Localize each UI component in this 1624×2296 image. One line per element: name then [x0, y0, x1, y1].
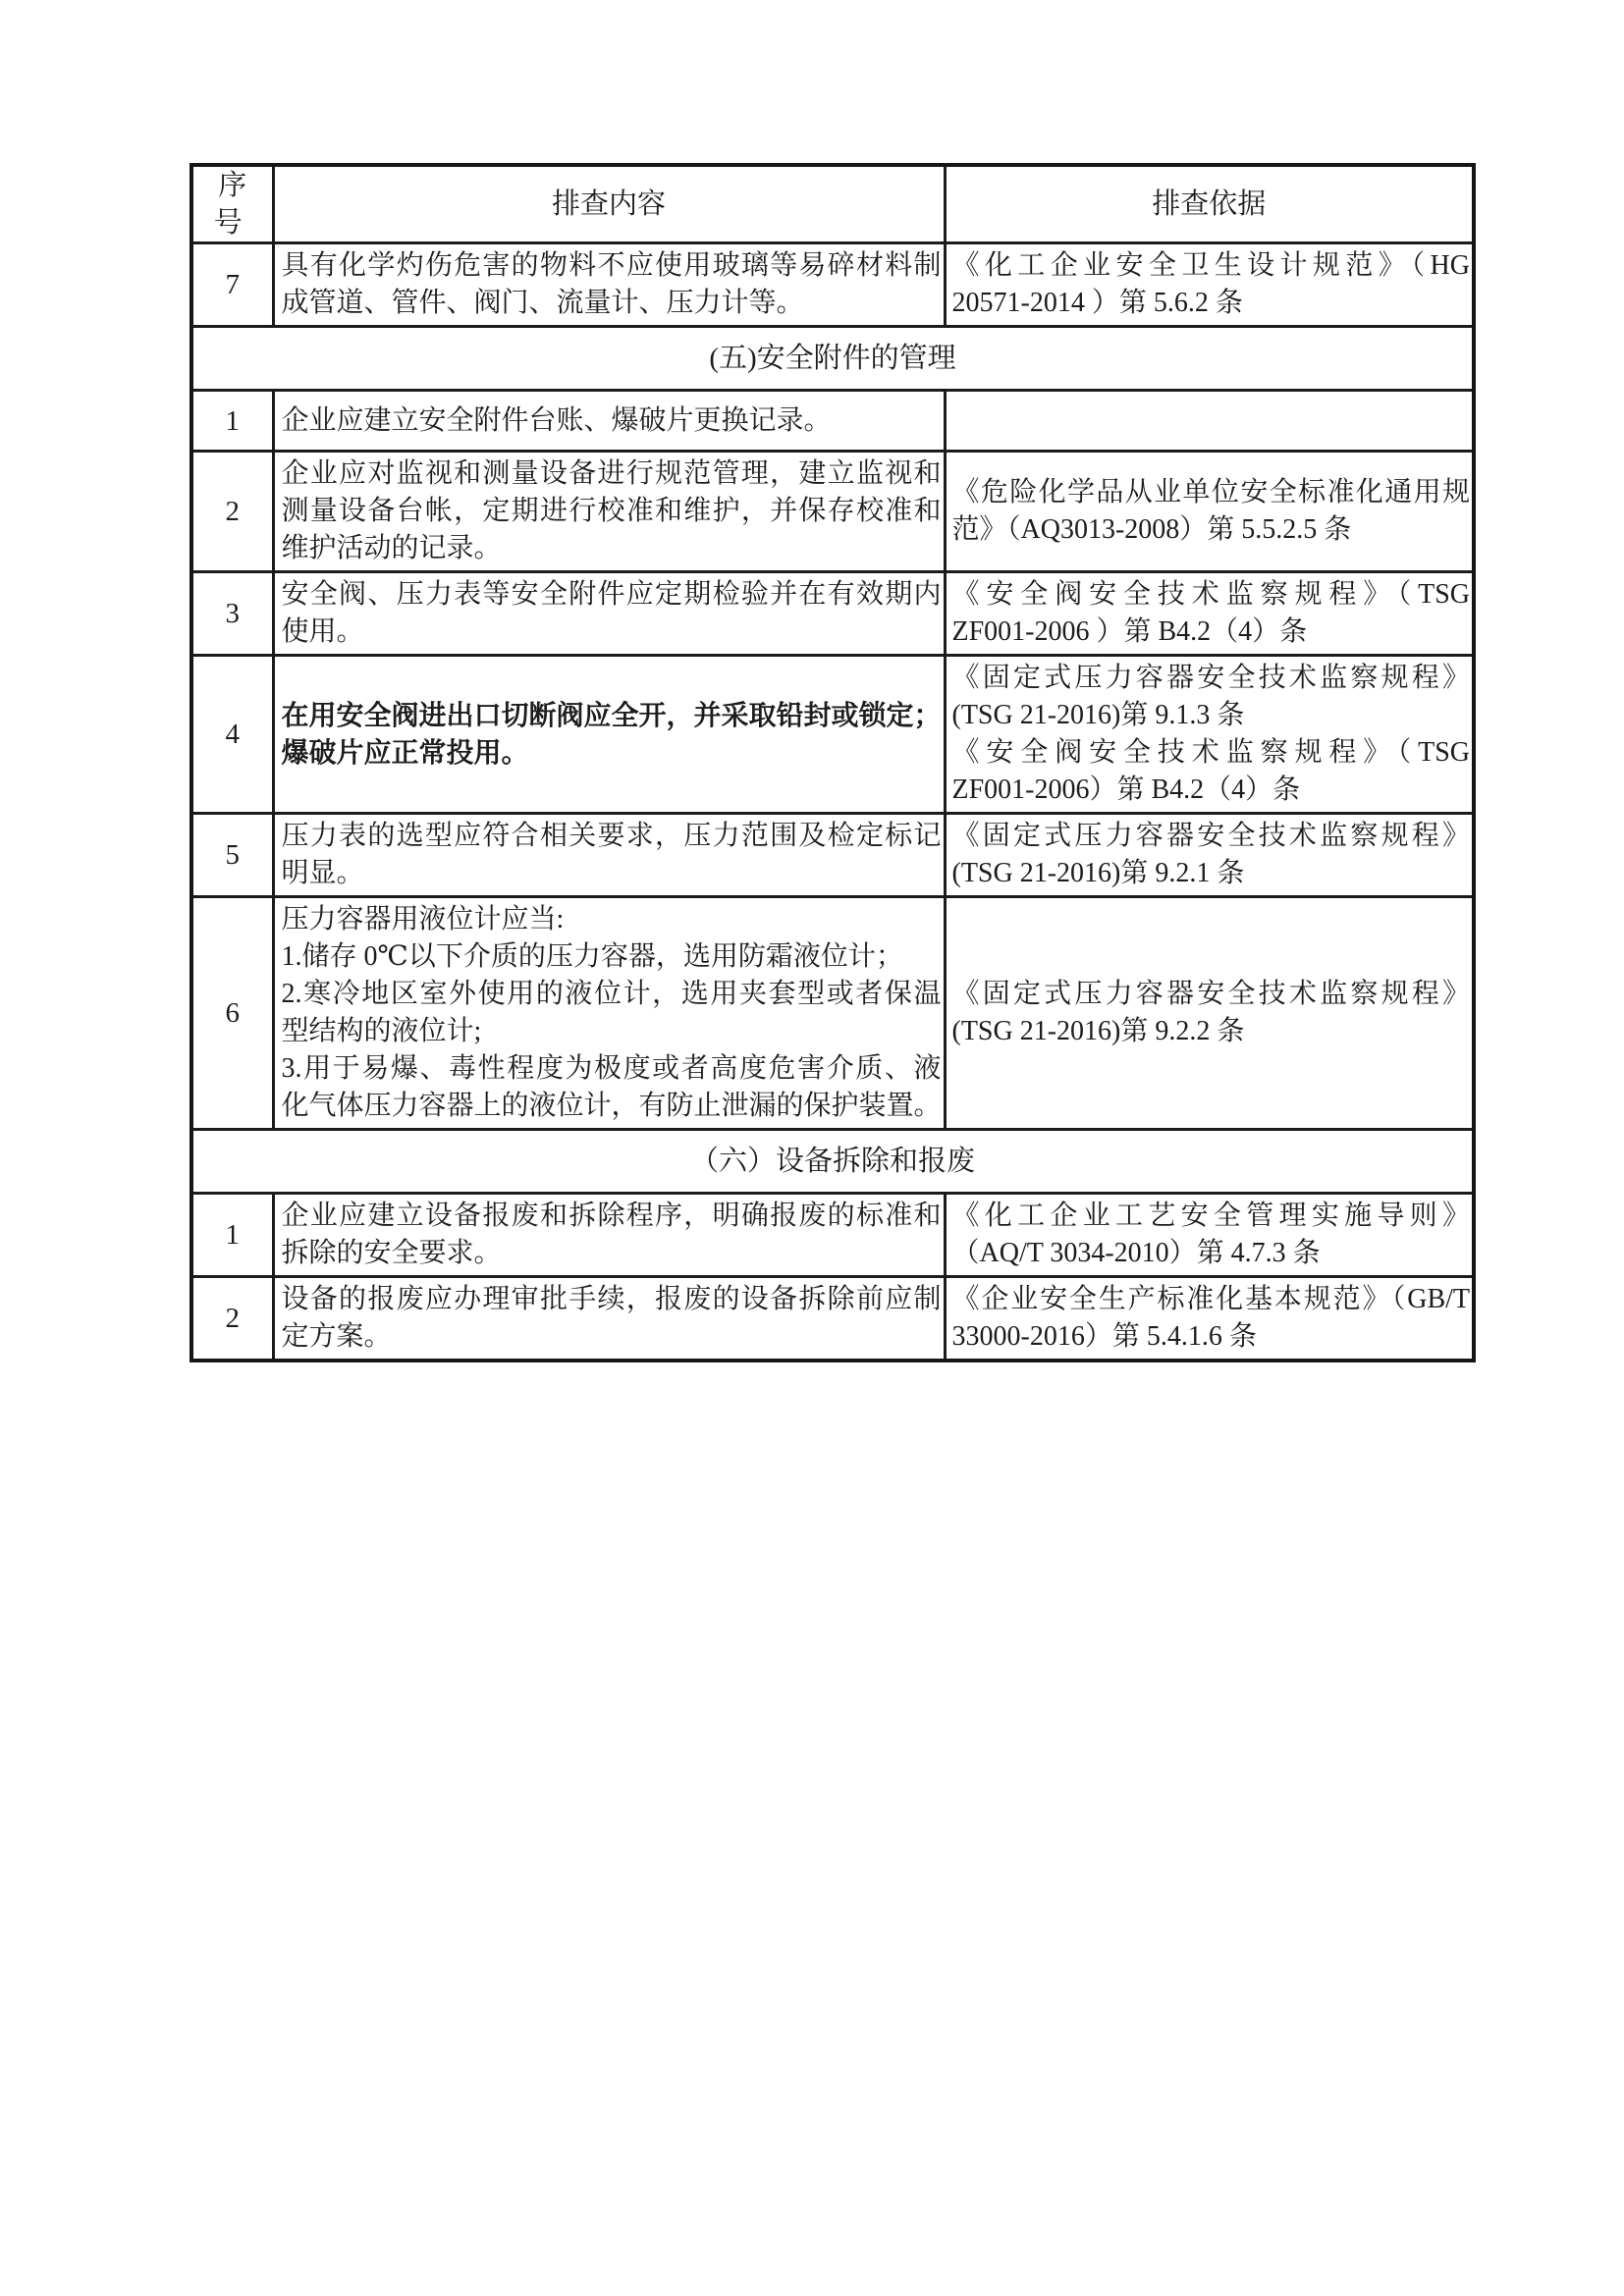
text-line: 明显。: [282, 855, 942, 892]
row-number: 5: [191, 814, 273, 897]
inspection-content-cell: 在用安全阀进出口切断阀应全开，并采取铅封或锁定；爆破片应正常投用。: [273, 656, 945, 814]
table-row: 7具有化学灼伤危害的物料不应使用玻璃等易碎材料制成管道、管件、阀门、流量计、压力…: [191, 243, 1474, 327]
row-number: 7: [191, 243, 273, 327]
inspection-content-cell: 企业应对监视和测量设备进行规范管理，建立监视和测量设备台帐，定期进行校准和维护，…: [273, 452, 945, 572]
table-header: 序号 排查内容 排查依据: [191, 165, 1474, 243]
header-row: 序号 排查内容 排查依据: [191, 165, 1474, 243]
row-number: 4: [191, 656, 273, 814]
section-row: （六）设备拆除和报废: [191, 1130, 1474, 1194]
text-line: 《企业安全生产标准化基本规范》（GB/T: [952, 1281, 1471, 1318]
text-line: 《固定式压力容器安全技术监察规程》: [952, 818, 1471, 855]
text-line: 安全阀、压力表等安全附件应定期检验并在有效期内: [282, 576, 942, 614]
text-line: 拆除的安全要求。: [282, 1235, 942, 1272]
table-row: 6压力容器用液位计应当:1.储存 0℃以下介质的压力容器，选用防霜液位计；2.寒…: [191, 897, 1474, 1130]
table-row: 3安全阀、压力表等安全附件应定期检验并在有效期内使用。《安全阀安全技术监察规程》…: [191, 572, 1474, 656]
inspection-basis-cell: 《化工企业工艺安全管理实施导则》（AQ/T 3034-2010）第 4.7.3 …: [945, 1194, 1474, 1277]
text-line: 在用安全阀进出口切断阀应全开，并采取铅封或锁定；: [282, 697, 942, 734]
text-line: 企业应对监视和测量设备进行规范管理，建立监视和: [282, 455, 942, 493]
table-row: 5压力表的选型应符合相关要求，压力范围及检定标记明显。《固定式压力容器安全技术监…: [191, 814, 1474, 897]
text-line: 20571-2014 ）第 5.6.2 条: [952, 285, 1471, 322]
text-line: 2.寒冷地区室外使用的液位计，选用夹套型或者保温: [282, 976, 942, 1013]
section-title: （六）设备拆除和报废: [191, 1130, 1474, 1194]
table-row: 1企业应建立设备报废和拆除程序，明确报废的标准和拆除的安全要求。《化工企业工艺安…: [191, 1194, 1474, 1277]
row-number: 2: [191, 452, 273, 572]
text-line: 1.储存 0℃以下介质的压力容器，选用防霜液位计；: [282, 938, 942, 976]
inspection-basis-cell: 《固定式压力容器安全技术监察规程》(TSG 21-2016)第 9.2.1 条: [945, 814, 1474, 897]
inspection-content-cell: 安全阀、压力表等安全附件应定期检验并在有效期内使用。: [273, 572, 945, 656]
text-line: 维护活动的记录。: [282, 530, 942, 567]
text-line: ZF001-2006 ）第 B4.2（4）条: [952, 614, 1471, 651]
text-line: （AQ/T 3034-2010）第 4.7.3 条: [952, 1235, 1471, 1272]
table-body: 7具有化学灼伤危害的物料不应使用玻璃等易碎材料制成管道、管件、阀门、流量计、压力…: [191, 243, 1474, 1362]
text-line: 化气体压力容器上的液位计，有防止泄漏的保护装置。: [282, 1088, 942, 1125]
text-line: 范》（AQ3013-2008）第 5.5.2.5 条: [952, 511, 1471, 549]
section-row: (五)安全附件的管理: [191, 327, 1474, 391]
text-line: 压力容器用液位计应当:: [282, 901, 942, 938]
text-line: 具有化学灼伤危害的物料不应使用玻璃等易碎材料制: [282, 247, 942, 285]
text-line: 测量设备台帐，定期进行校准和维护，并保存校准和: [282, 493, 942, 530]
inspection-basis-cell: 《安全阀安全技术监察规程》（TSGZF001-2006 ）第 B4.2（4）条: [945, 572, 1474, 656]
text-line: 《固定式压力容器安全技术监察规程》: [952, 976, 1471, 1013]
inspection-content-cell: 压力表的选型应符合相关要求，压力范围及检定标记明显。: [273, 814, 945, 897]
row-number: 2: [191, 1277, 273, 1362]
column-header-content: 排查内容: [273, 165, 945, 243]
text-line: 《危险化学品从业单位安全标准化通用规: [952, 474, 1471, 511]
text-line: 型结构的液位计;: [282, 1013, 942, 1050]
text-line: 企业应建立安全附件台账、爆破片更换记录。: [282, 402, 942, 440]
text-line: 定方案。: [282, 1318, 942, 1356]
inspection-basis-cell: 《危险化学品从业单位安全标准化通用规范》（AQ3013-2008）第 5.5.2…: [945, 452, 1474, 572]
text-line: 爆破片应正常投用。: [282, 734, 942, 772]
text-line: (TSG 21-2016)第 9.2.2 条: [952, 1013, 1471, 1050]
row-number: 6: [191, 897, 273, 1130]
inspection-content-cell: 具有化学灼伤危害的物料不应使用玻璃等易碎材料制成管道、管件、阀门、流量计、压力计…: [273, 243, 945, 327]
inspection-basis-cell: 《固定式压力容器安全技术监察规程》(TSG 21-2016)第 9.2.2 条: [945, 897, 1474, 1130]
table-row: 4在用安全阀进出口切断阀应全开，并采取铅封或锁定；爆破片应正常投用。《固定式压力…: [191, 656, 1474, 814]
text-line: 压力表的选型应符合相关要求，压力范围及检定标记: [282, 818, 942, 855]
text-line: 3.用于易爆、毒性程度为极度或者高度危害介质、液: [282, 1050, 942, 1088]
checklist-table: 序号 排查内容 排查依据 7具有化学灼伤危害的物料不应使用玻璃等易碎材料制成管道…: [189, 163, 1476, 1362]
inspection-content-cell: 企业应建立安全附件台账、爆破片更换记录。: [273, 391, 945, 452]
text-line: 《化工企业安全卫生设计规范》（HG: [952, 247, 1471, 285]
text-line: 使用。: [282, 614, 942, 651]
text-line: 《固定式压力容器安全技术监察规程》: [952, 660, 1471, 697]
text-line: (TSG 21-2016)第 9.1.3 条: [952, 697, 1471, 734]
table-row: 1企业应建立安全附件台账、爆破片更换记录。: [191, 391, 1474, 452]
section-title: (五)安全附件的管理: [191, 327, 1474, 391]
table-row: 2企业应对监视和测量设备进行规范管理，建立监视和测量设备台帐，定期进行校准和维护…: [191, 452, 1474, 572]
inspection-basis-cell: 《化工企业安全卫生设计规范》（HG20571-2014 ）第 5.6.2 条: [945, 243, 1474, 327]
inspection-basis-cell: 《固定式压力容器安全技术监察规程》(TSG 21-2016)第 9.1.3 条《…: [945, 656, 1474, 814]
inspection-content-cell: 设备的报废应办理审批手续，报废的设备拆除前应制定方案。: [273, 1277, 945, 1362]
document-page: { "table": { "columns": ["序号", "排查内容", "…: [0, 0, 1624, 2296]
text-line: (TSG 21-2016)第 9.2.1 条: [952, 855, 1471, 892]
text-line: 《安全阀安全技术监察规程》（TSG: [952, 734, 1471, 772]
row-number: 1: [191, 391, 273, 452]
text-line: 成管道、管件、阀门、流量计、压力计等。: [282, 285, 942, 322]
text-line: 33000-2016）第 5.4.1.6 条: [952, 1318, 1471, 1356]
text-line: 企业应建立设备报废和拆除程序，明确报废的标准和: [282, 1198, 942, 1235]
inspection-content-cell: 压力容器用液位计应当:1.储存 0℃以下介质的压力容器，选用防霜液位计；2.寒冷…: [273, 897, 945, 1130]
inspection-checklist-table: 序号 排查内容 排查依据 7具有化学灼伤危害的物料不应使用玻璃等易碎材料制成管道…: [189, 163, 1476, 1362]
text-line: 《安全阀安全技术监察规程》（TSG: [952, 576, 1471, 614]
table-row: 2设备的报废应办理审批手续，报废的设备拆除前应制定方案。《企业安全生产标准化基本…: [191, 1277, 1474, 1362]
column-header-basis: 排查依据: [945, 165, 1474, 243]
inspection-basis-cell: 《企业安全生产标准化基本规范》（GB/T33000-2016）第 5.4.1.6…: [945, 1277, 1474, 1362]
column-header-number: 序号: [191, 165, 273, 243]
text-line: 设备的报废应办理审批手续，报废的设备拆除前应制: [282, 1281, 942, 1318]
text-line: ZF001-2006）第 B4.2（4）条: [952, 772, 1471, 809]
text-line: 《化工企业工艺安全管理实施导则》: [952, 1198, 1471, 1235]
row-number: 3: [191, 572, 273, 656]
inspection-basis-cell: [945, 391, 1474, 452]
row-number: 1: [191, 1194, 273, 1277]
inspection-content-cell: 企业应建立设备报废和拆除程序，明确报废的标准和拆除的安全要求。: [273, 1194, 945, 1277]
